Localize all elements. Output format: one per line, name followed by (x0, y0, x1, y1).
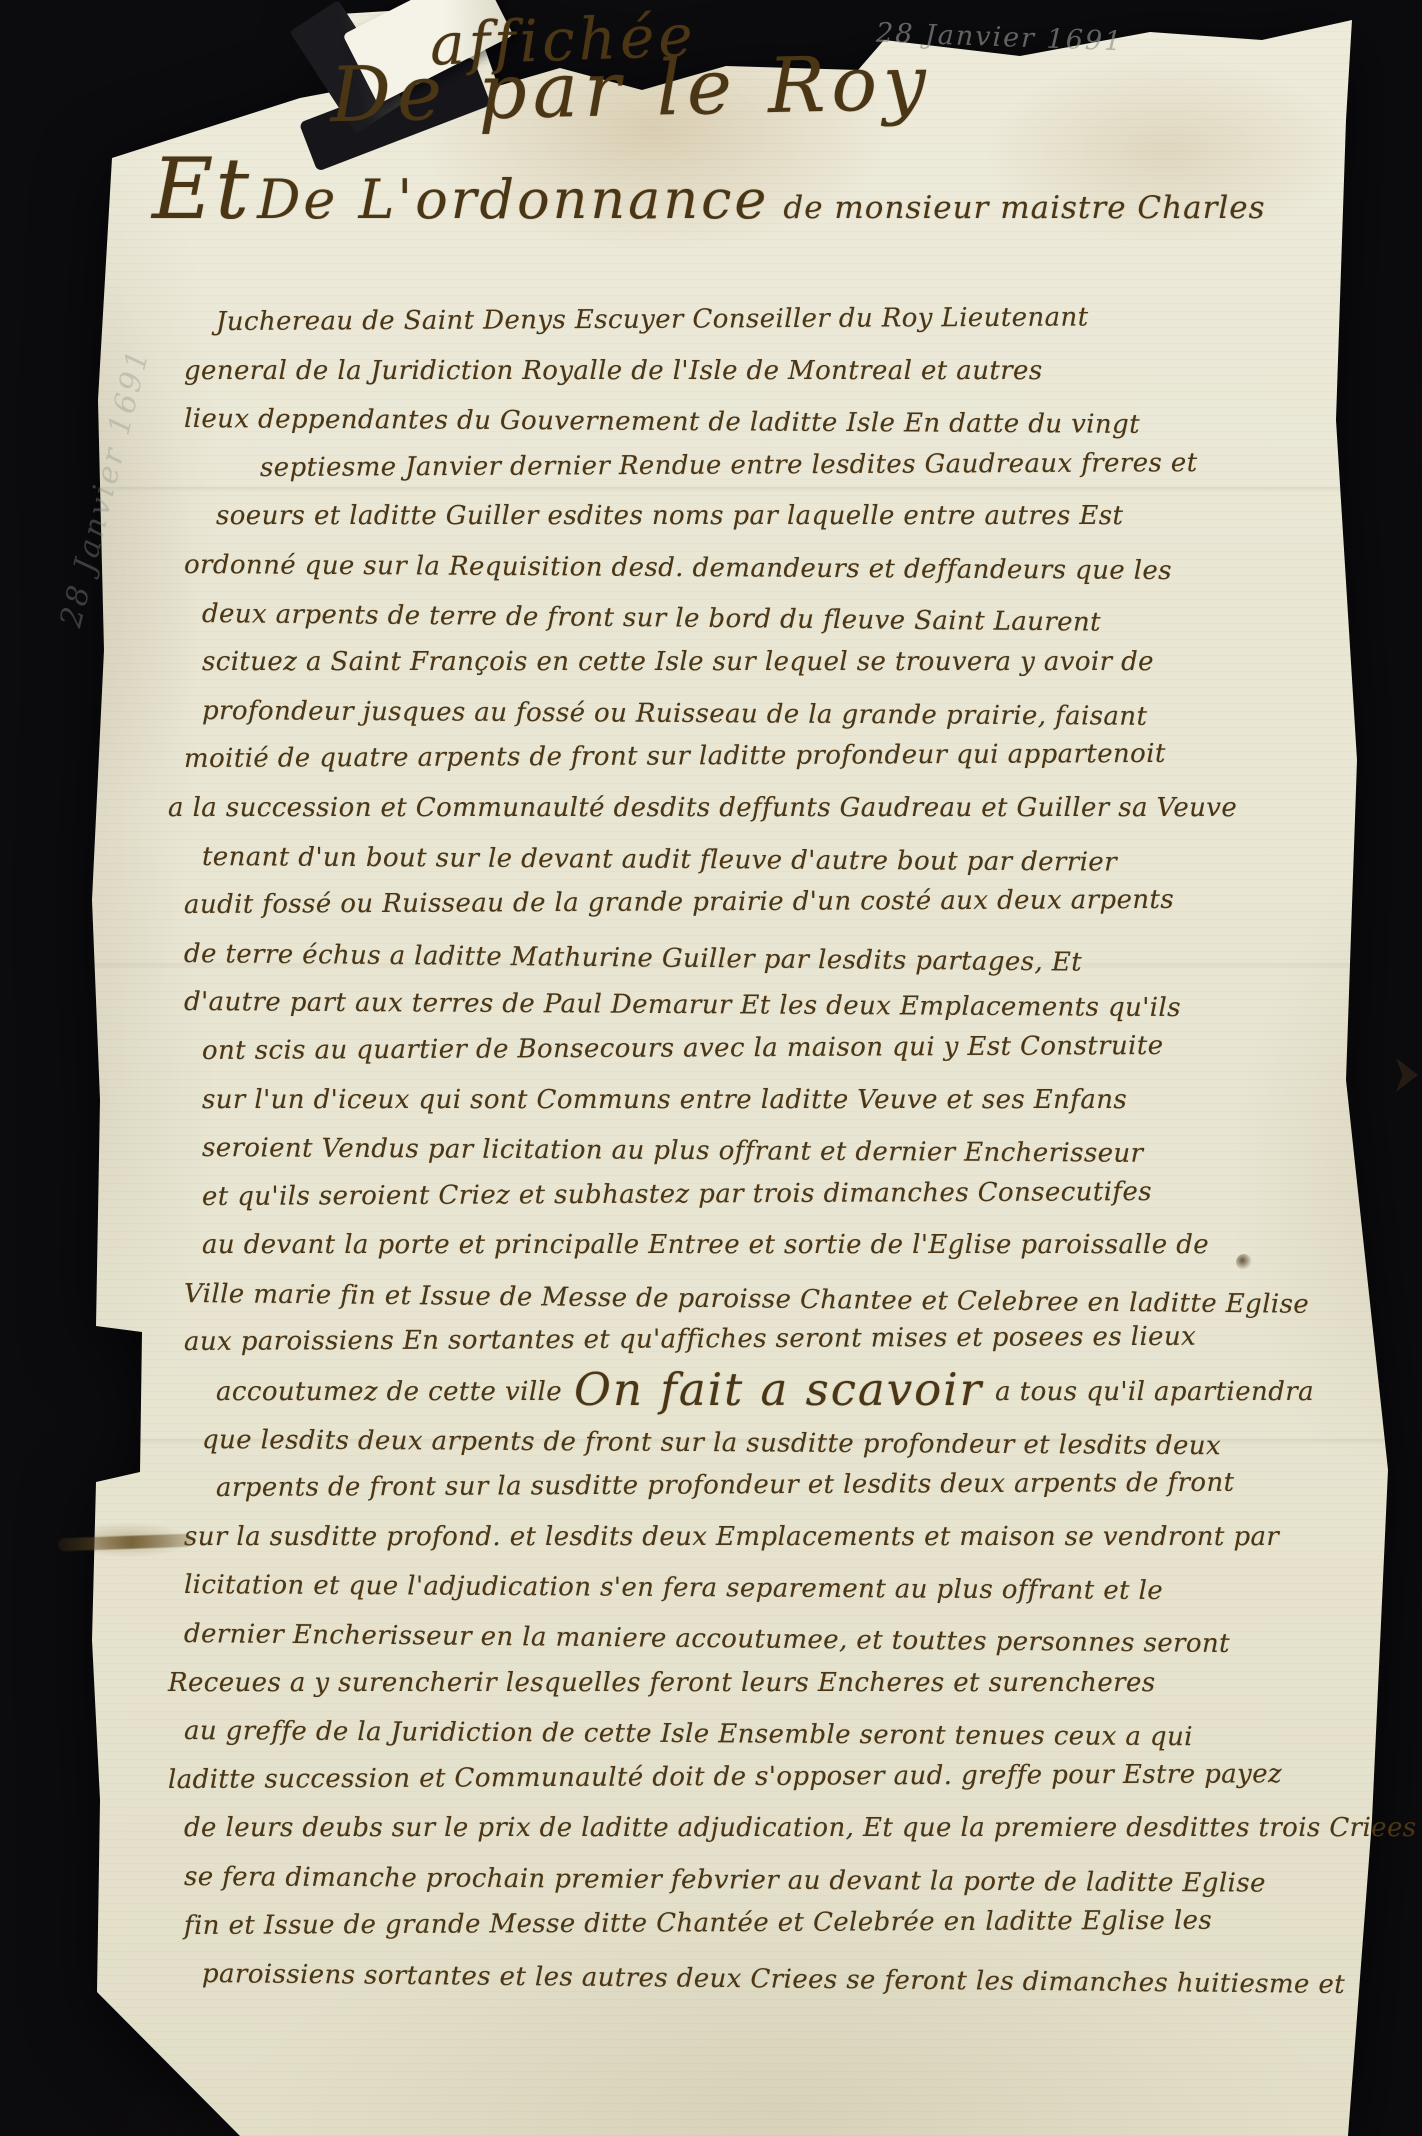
manuscript-line: ordonné que sur la Requisition desd. dem… (184, 541, 1358, 597)
proclamation-emphasis: On fait a scavoir (574, 1363, 983, 1416)
opening-large-text: De L'ordonnance (257, 168, 769, 231)
manuscript-line: sur l'un d'iceux qui sont Communs entre … (202, 1076, 1358, 1125)
manuscript-line: sur la susditte profond. et lesdits deux… (184, 1513, 1358, 1562)
ink-blot (1236, 1254, 1252, 1270)
manuscript-body: Juchereau de Saint Denys Escuyer Conseil… (168, 298, 1358, 1999)
manuscript-line: arpents de front sur la susditte profond… (216, 1458, 1358, 1513)
opening-line: EtDe L'ordonnancede monsieur maistre Cha… (152, 140, 1266, 238)
manuscript-line: laditte succession et Communaulté doit d… (168, 1750, 1358, 1805)
manuscript-line: septiesme Janvier dernier Rendue entre l… (260, 438, 1358, 492)
manuscript-line: soeurs et laditte Guiller esdites noms p… (216, 492, 1358, 541)
proclamation-post: a tous qu'il apartiendra (995, 1377, 1314, 1407)
manuscript-line: licitation et que l'adjudication s'en fe… (184, 1561, 1358, 1617)
manuscript-line: de leurs deubs sur le prix de laditte ad… (184, 1804, 1358, 1853)
opening-small-text: de monsieur maistre Charles (783, 190, 1265, 226)
manuscript-line: aux paroissiens En sortantes et qu'affic… (184, 1312, 1358, 1367)
manuscript-line: audit fossé ou Ruisseau de la grande pra… (184, 875, 1358, 930)
manuscript-line: et qu'ils seroient Criez et subhastez pa… (202, 1167, 1358, 1222)
manuscript-line-proclamation: accoutumez de cette villeOn fait a scavo… (216, 1367, 1358, 1416)
proclamation-pre: accoutumez de cette ville (216, 1377, 562, 1407)
manuscript-line: a la succession et Communaulté desdits d… (168, 784, 1358, 833)
manuscript-line: fin et Issue de grande Messe ditte Chant… (184, 1895, 1358, 1950)
royal-heading: De par le Roy (329, 38, 933, 140)
manuscript-line: Juchereau de Saint Denys Escuyer Conseil… (216, 292, 1358, 347)
photograph-background: affichée 28 Janvier 1691 De par le Roy 2… (0, 0, 1422, 2136)
opening-initial: Et (152, 140, 251, 238)
manuscript-line: general de la Juridiction Royalle de l'I… (184, 347, 1358, 396)
manuscript-line: au devant la porte et principalle Entree… (202, 1221, 1358, 1270)
manuscript-line: ont scis au quartier de Bonsecours avec … (202, 1021, 1358, 1076)
manuscript-line: moitié de quatre arpents de front sur la… (184, 729, 1358, 784)
